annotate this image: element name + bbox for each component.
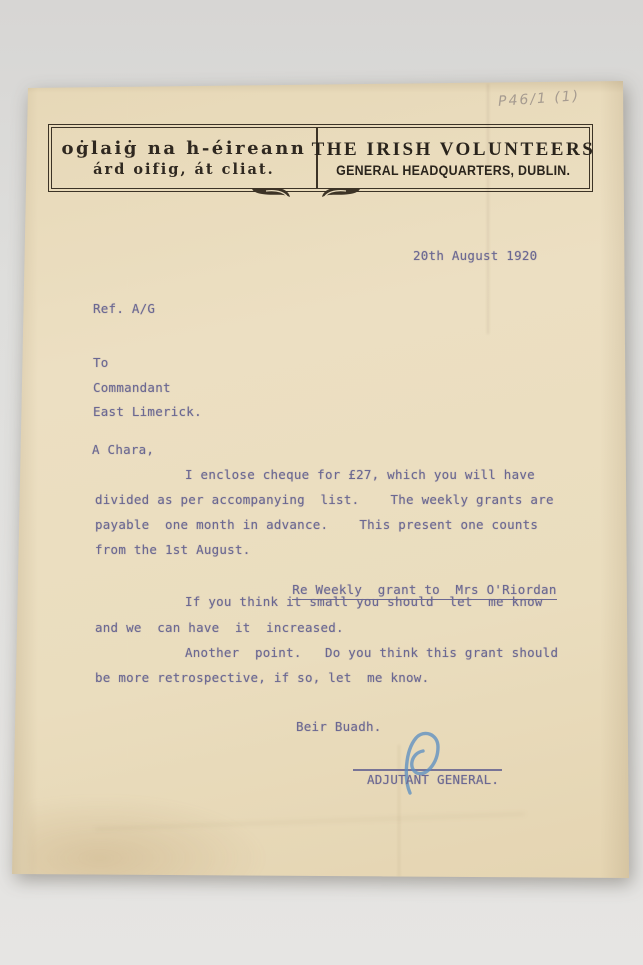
letterhead-inner-border: oġlaiġ na h-éireann árd oifig, át cliat.… (51, 127, 590, 189)
recipient-rank: Commandant (93, 380, 171, 395)
flourish-right-icon (322, 185, 360, 200)
letterhead-english-name: THE IRISH VOLUNTEERS (312, 139, 596, 161)
body-line: divided as per accompanying list. The we… (95, 492, 554, 507)
letterhead-english-panel: THE IRISH VOLUNTEERS GENERAL HEADQUARTER… (318, 128, 589, 188)
recipient-to-label: To (93, 355, 109, 370)
paper-edge-shading (600, 81, 629, 881)
archive-reference-annotation: P46/1 (1) (498, 86, 609, 110)
body-line: Another point. Do you think this grant s… (185, 645, 558, 660)
paper-edge-shading (12, 88, 38, 878)
body-line: If you think it small you should let me … (185, 594, 543, 609)
signature-title: ADJUTANT GENERAL. (367, 772, 499, 787)
paper-crease (487, 84, 489, 334)
letterhead-box: oġlaiġ na h-éireann árd oifig, át cliat.… (48, 124, 593, 192)
recipient-area: East Limerick. (93, 404, 202, 419)
flourish-left-icon (252, 185, 290, 200)
closing-phrase: Beir Buadh. (296, 719, 382, 734)
letter-date: 20th August 1920 (413, 248, 537, 263)
scanned-document-photo: P46/1 (1) oġlaiġ na h-éireann árd oifig,… (0, 0, 643, 965)
body-line: I enclose cheque for £27, which you will… (185, 467, 535, 482)
letterhead-english-office: GENERAL HEADQUARTERS, DUBLIN. (336, 163, 570, 178)
letterhead-irish-panel: oġlaiġ na h-éireann árd oifig, át cliat. (52, 128, 318, 188)
letter-paper: P46/1 (1) oġlaiġ na h-éireann árd oifig,… (0, 0, 643, 965)
body-line: payable one month in advance. This prese… (95, 517, 538, 532)
letterhead-irish-office: árd oifig, át cliat. (93, 161, 275, 178)
body-line: from the 1st August. (95, 542, 251, 557)
paper-crease (95, 812, 525, 830)
paper-stain (28, 795, 268, 885)
letter-reference: Ref. A/G (93, 301, 155, 316)
paper-shadow: P46/1 (1) oġlaiġ na h-éireann árd oifig,… (0, 0, 643, 965)
letterhead-irish-name: oġlaiġ na h-éireann (61, 138, 306, 159)
body-line: be more retrospective, if so, let me kno… (95, 670, 429, 685)
body-line: and we can have it increased. (95, 620, 344, 635)
salutation: A Chara, (92, 442, 154, 457)
